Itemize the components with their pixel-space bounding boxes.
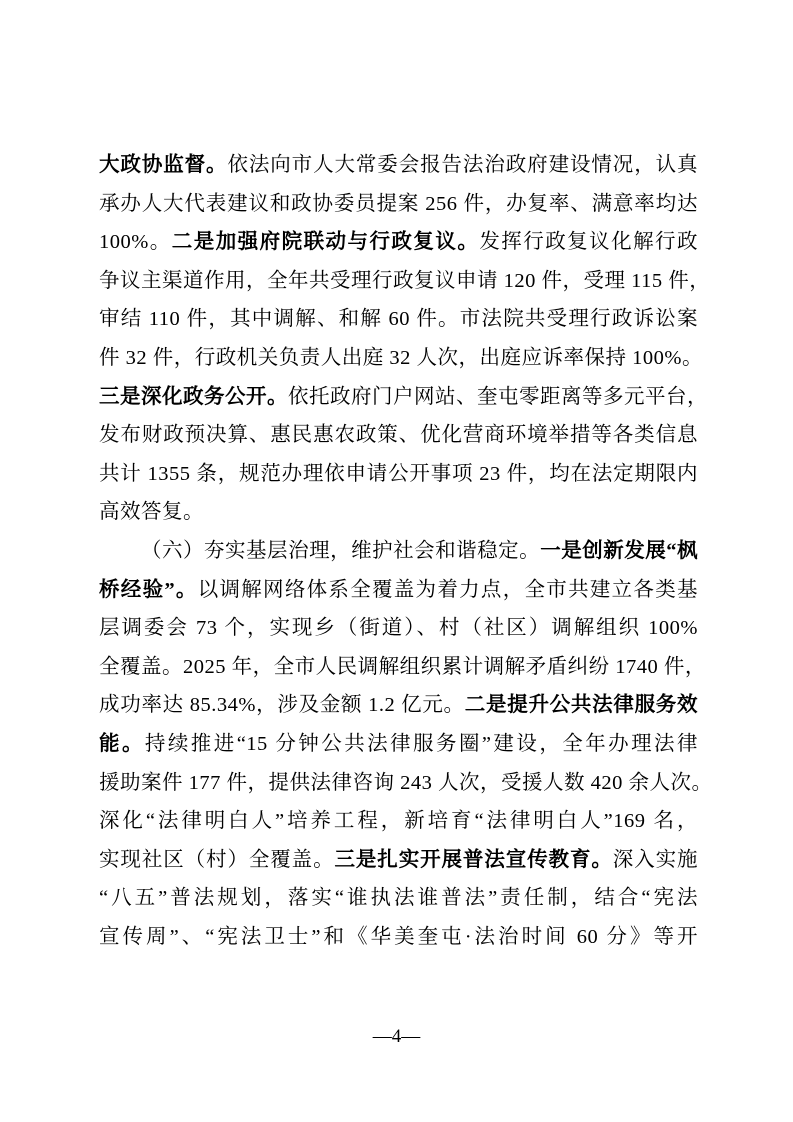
text-line: 实现社区（村）全覆盖。三是扎实开展普法宣传教育。深入实施: [99, 841, 698, 880]
text-run: “八五”普法规划，落实“谁执法谁普法”责任制，结合“宪法: [99, 887, 698, 909]
bold-run: 大政协监督。: [99, 154, 227, 176]
text-line: 大政协监督。依法向市人大常委会报告法治政府建设情况，认真: [99, 146, 698, 185]
bold-run: 三是扎实开展普法宣传教育。: [334, 849, 612, 871]
bold-run: 二是提升公共法律服务效: [465, 694, 698, 716]
text-run: 承办人大代表建议和政协委员提案 256 件，办复率、满意率均达: [99, 193, 698, 215]
text-line: 审结 110 件，其中调解、和解 60 件。市法院共受理行政诉讼案: [99, 300, 698, 339]
text-line: 全覆盖。2025 年，全市人民调解组织累计调解矛盾纠纷 1740 件，: [99, 648, 698, 687]
text-run: 高效答复。: [99, 501, 204, 523]
bold-run: 一是创新发展“枫: [540, 540, 698, 562]
text-line: 件 32 件，行政机关负责人出庭 32 人次，出庭应诉率保持 100%。: [99, 339, 698, 378]
text-run: 持续推进“15 分钟公共法律服务圈”建设，全年办理法律: [145, 733, 698, 755]
document-page: 大政协监督。依法向市人大常委会报告法治政府建设情况，认真 承办人大代表建议和政协…: [0, 0, 793, 1122]
text-run: 发挥行政复议化解行政: [479, 231, 698, 253]
text-run: 层调委会 73 个，实现乡（街道）、村（社区）调解组织 100%: [99, 617, 698, 639]
text-line: （六）夯实基层治理，维护社会和谐稳定。一是创新发展“枫: [99, 532, 698, 571]
bold-run: 二是加强府院联动与行政复议。: [172, 231, 480, 253]
text-run: 深化“法律明白人”培养工程，新培育“法律明白人”169 名，: [99, 810, 698, 832]
text-line: 共计 1355 条，规范办理依申请公开事项 23 件，均在法定期限内: [99, 455, 698, 494]
bold-run: 桥经验”。: [99, 579, 198, 601]
text-line: 层调委会 73 个，实现乡（街道）、村（社区）调解组织 100%: [99, 609, 698, 648]
bold-run: 能。: [99, 733, 145, 755]
text-run: 依法向市人大常委会报告法治政府建设情况，认真: [227, 154, 698, 176]
text-run: 深入实施: [613, 849, 698, 871]
text-line: 能。持续推进“15 分钟公共法律服务圈”建设，全年办理法律: [99, 725, 698, 764]
text-run: 争议主渠道作用，全年共受理行政复议申请 120 件，受理 115 件，: [99, 270, 710, 292]
text-run: 共计 1355 条，规范办理依申请公开事项 23 件，均在法定期限内: [99, 463, 698, 485]
text-run: 发布财政预决算、惠民惠农政策、优化营商环境举措等各类信息: [99, 424, 698, 446]
section-heading: （六）夯实基层治理，维护社会和谐稳定。: [141, 540, 540, 562]
text-line: 深化“法律明白人”培养工程，新培育“法律明白人”169 名，: [99, 802, 698, 841]
bold-run: 三是深化政务公开。: [99, 386, 288, 408]
text-line: 桥经验”。以调解网络体系全覆盖为着力点，全市共建立各类基: [99, 571, 698, 610]
text-line: 成功率达 85.34%，涉及金额 1.2 亿元。二是提升公共法律服务效: [99, 686, 698, 725]
text-line: 争议主渠道作用，全年共受理行政复议申请 120 件，受理 115 件，: [99, 262, 698, 301]
text-run: 以调解网络体系全覆盖为着力点，全市共建立各类基: [198, 579, 698, 601]
text-run: 宣传周”、“宪法卫士”和《华美奎屯·法治时间 60 分》等开: [99, 926, 698, 948]
text-run: 件 32 件，行政机关负责人出庭 32 人次，出庭应诉率保持 100%。: [99, 347, 703, 369]
text-line: 发布财政预决算、惠民惠农政策、优化营商环境举措等各类信息: [99, 416, 698, 455]
text-line: 三是深化政务公开。依托政府门户网站、奎屯零距离等多元平台，: [99, 378, 698, 417]
text-run: 依托政府门户网站、奎屯零距离等多元平台，: [288, 386, 708, 408]
document-body: 大政协监督。依法向市人大常委会报告法治政府建设情况，认真 承办人大代表建议和政协…: [99, 146, 698, 956]
text-run: 审结 110 件，其中调解、和解 60 件。市法院共受理行政诉讼案: [99, 308, 698, 330]
text-run: 成功率达 85.34%，涉及金额 1.2 亿元。: [99, 694, 465, 716]
text-line: 100%。二是加强府院联动与行政复议。发挥行政复议化解行政: [99, 223, 698, 262]
text-line: 宣传周”、“宪法卫士”和《华美奎屯·法治时间 60 分》等开: [99, 918, 698, 957]
text-run: 实现社区（村）全覆盖。: [99, 849, 334, 871]
text-run: 援助案件 177 件，提供法律咨询 243 人次，受援人数 420 余人次。: [99, 772, 713, 794]
text-run: 全覆盖。2025 年，全市人民调解组织累计调解矛盾纠纷 1740 件，: [99, 656, 706, 678]
text-line: 承办人大代表建议和政协委员提案 256 件，办复率、满意率均达: [99, 185, 698, 224]
text-run: 100%。: [99, 231, 172, 253]
text-line: 高效答复。: [99, 493, 698, 532]
text-line: “八五”普法规划，落实“谁执法谁普法”责任制，结合“宪法: [99, 879, 698, 918]
text-line: 援助案件 177 件，提供法律咨询 243 人次，受援人数 420 余人次。: [99, 764, 698, 803]
page-number: —4—: [0, 1022, 793, 1052]
